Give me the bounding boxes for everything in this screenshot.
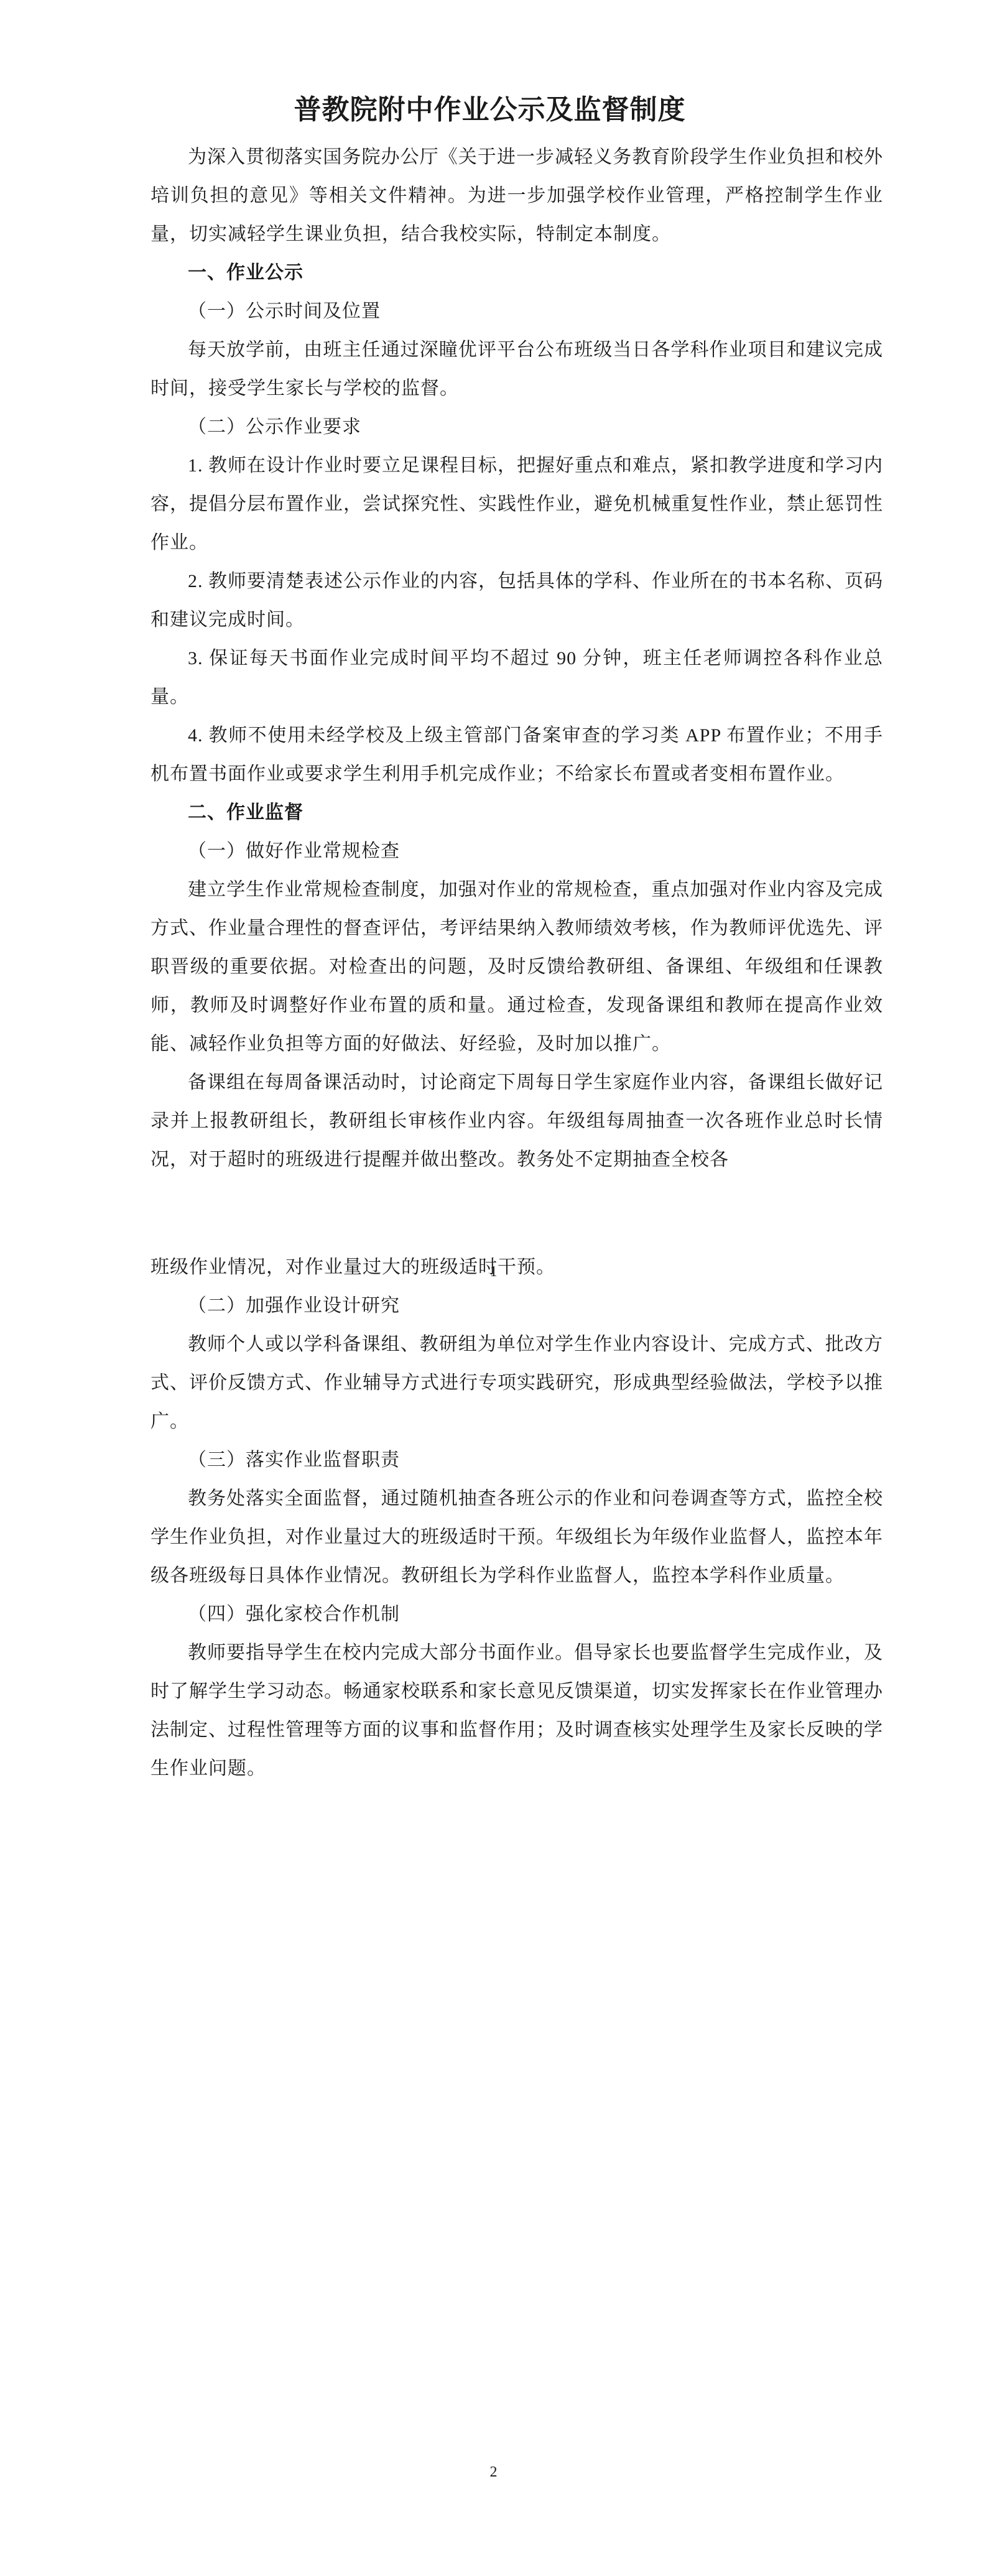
- subsection-heading: （二）加强作业设计研究: [151, 1287, 883, 1325]
- paragraph: 为深入贯彻落实国务院办公厅《关于进一步减轻义务教育阶段学生作业负担和校外培训负担…: [151, 138, 883, 254]
- paragraph: 备课组在每周备课活动时，讨论商定下周每日学生家庭作业内容，备课组长做好记录并上报…: [151, 1063, 883, 1179]
- document-body: 为深入贯彻落实国务院办公厅《关于进一步减轻义务教育阶段学生作业负担和校外培训负担…: [0, 138, 987, 1788]
- paragraph: 建立学生作业常规检查制度，加强对作业的常规检查，重点加强对作业内容及完成方式、作…: [151, 871, 883, 1063]
- section-heading: 一、作业公示: [151, 254, 883, 292]
- paragraph: 每天放学前，由班主任通过深瞳优评平台公布班级当日各学科作业项目和建议完成时间，接…: [151, 331, 883, 408]
- paragraph: 1. 教师在设计作业时要立足课程目标，把握好重点和难点，紧扣教学进度和学习内容，…: [151, 447, 883, 562]
- subsection-heading: （一）做好作业常规检查: [151, 832, 883, 871]
- subsection-heading: （一）公示时间及位置: [151, 292, 883, 331]
- subsection-heading: （三）落实作业监督职责: [151, 1441, 883, 1480]
- subsection-heading: （四）强化家校合作机制: [151, 1595, 883, 1634]
- document-page: 普教院附中作业公示及监督制度 为深入贯彻落实国务院办公厅《关于进一步减轻义务教育…: [0, 0, 987, 2576]
- subsection-heading: （二）公示作业要求: [151, 408, 883, 447]
- paragraph: 3. 保证每天书面作业完成时间平均不超过 90 分钟，班主任老师调控各科作业总量…: [151, 639, 883, 716]
- section-heading: 二、作业监督: [151, 794, 883, 832]
- page-number-2: 2: [0, 2453, 987, 2491]
- page-number-1: 1: [0, 1253, 987, 1291]
- paragraph: 教师个人或以学科备课组、教研组为单位对学生作业内容设计、完成方式、批改方式、评价…: [151, 1325, 883, 1441]
- paragraph: 4. 教师不使用未经学校及上级主管部门备案审查的学习类 APP 布置作业；不用手…: [151, 716, 883, 794]
- paragraph: 教师要指导学生在校内完成大部分书面作业。倡导家长也要监督学生完成作业，及时了解学…: [151, 1634, 883, 1788]
- paragraph: 2. 教师要清楚表述公示作业的内容，包括具体的学科、作业所在的书本名称、页码和建…: [151, 562, 883, 639]
- document-title: 普教院附中作业公示及监督制度: [0, 82, 983, 138]
- paragraph: 教务处落实全面监督，通过随机抽查各班公示的作业和问卷调查等方式，监控全校学生作业…: [151, 1480, 883, 1595]
